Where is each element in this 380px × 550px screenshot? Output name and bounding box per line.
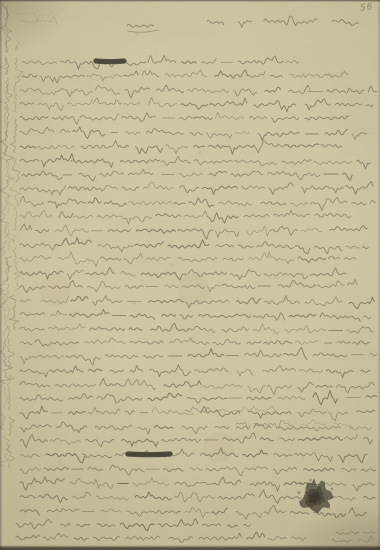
letter-scan-canvas <box>0 0 380 550</box>
scan-grain-texture <box>0 0 380 550</box>
page-number-mark: 56 <box>359 2 374 14</box>
scanned-letter-page: 56 <box>0 0 380 550</box>
